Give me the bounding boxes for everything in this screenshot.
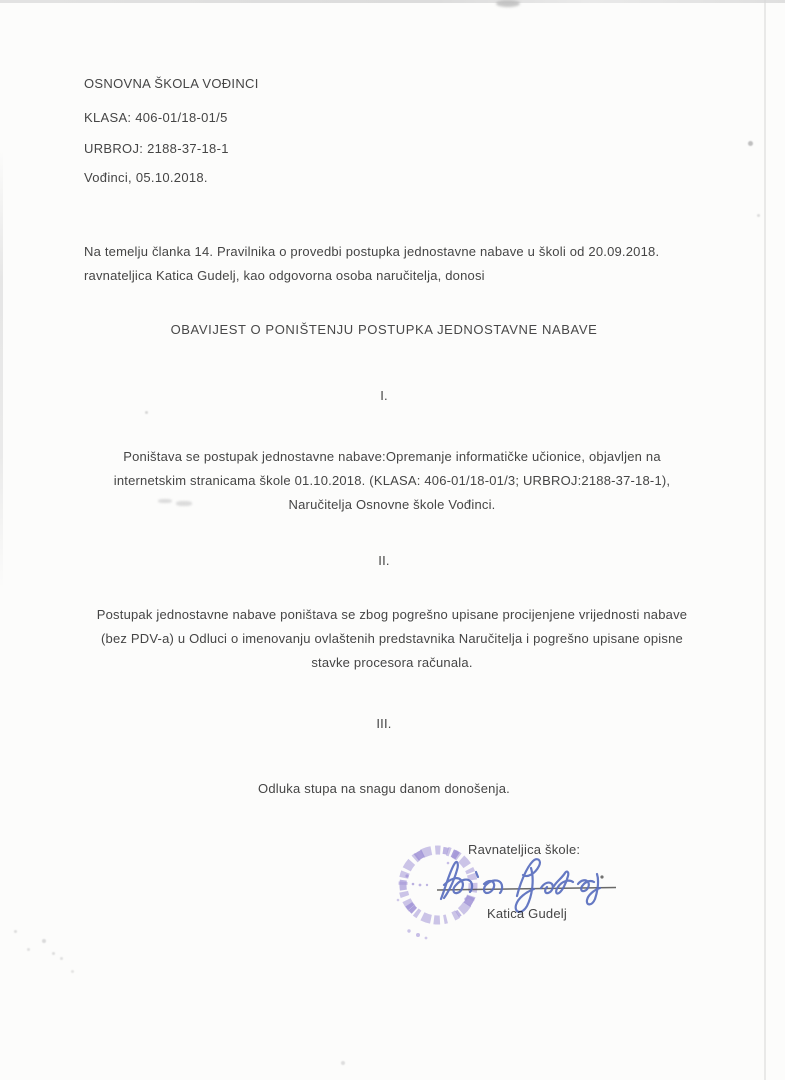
school-name: OSNOVNA ŠKOLA VOĐINCI: [84, 76, 259, 92]
scan-artifact: [748, 141, 753, 146]
scan-artifact: [52, 952, 55, 955]
scan-artifact: [27, 948, 30, 951]
section-3-paragraph: Odluka stupa na snagu danom donošenja.: [0, 777, 768, 801]
preamble-paragraph: Na temelju članka 14. Pravilnika o prove…: [84, 240, 664, 288]
section-3-number: III.: [0, 712, 768, 736]
scan-artifact: [145, 411, 148, 414]
scanned-document-page: OSNOVNA ŠKOLA VOĐINCI KLASA: 406-01/18-0…: [0, 0, 785, 1080]
document-title: OBAVIJEST O PONIŠTENJU POSTUPKA JEDNOSTA…: [0, 318, 768, 342]
klasa-line: KLASA: 406-01/18-01/5: [84, 110, 228, 126]
section-1-paragraph: Poništava se postupak jednostavne nabave…: [86, 445, 698, 517]
section-2-paragraph: Postupak jednostavne nabave poništava se…: [86, 603, 698, 675]
place-date-line: Vođinci, 05.10.2018.: [84, 170, 208, 186]
scan-artifact: [71, 970, 74, 973]
scan-artifact: [60, 957, 63, 960]
signature-line: [437, 875, 616, 890]
signer-name: Katica Gudelj: [487, 902, 567, 926]
signer-role-label: Ravnateljica škole:: [468, 838, 580, 862]
section-2-number: II.: [0, 549, 768, 573]
scan-artifact: [42, 939, 46, 943]
scan-artifact: [496, 0, 520, 7]
urbroj-line: URBROJ: 2188-37-18-1: [84, 141, 229, 157]
scan-artifact: [757, 214, 760, 217]
section-1-number: I.: [0, 384, 768, 408]
scan-artifact: [0, 150, 3, 590]
scan-artifact: [764, 0, 766, 1080]
scan-artifact: [341, 1061, 345, 1065]
scan-artifact: [14, 930, 17, 933]
scan-artifact: [0, 0, 785, 3]
